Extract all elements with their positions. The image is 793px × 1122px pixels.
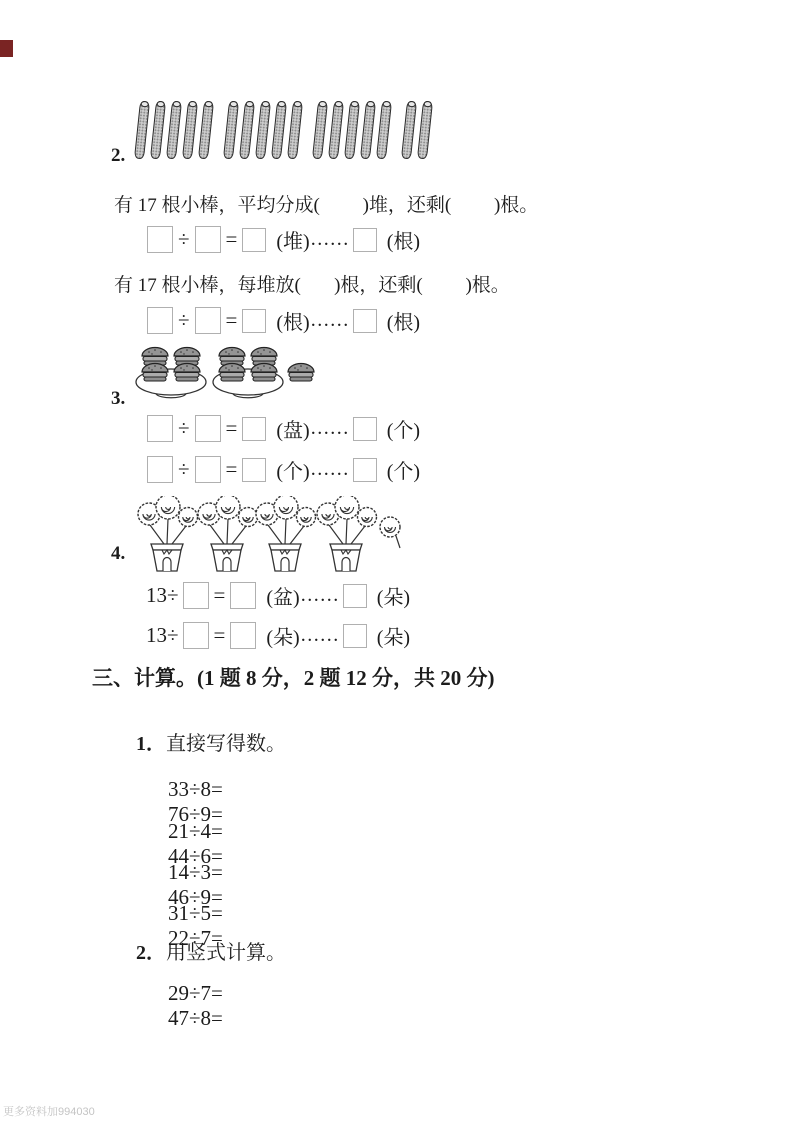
- equals-sign: =: [214, 623, 226, 648]
- equals-sign: =: [226, 457, 238, 482]
- answer-box: [353, 228, 377, 252]
- stick-icon: [360, 101, 376, 160]
- unit-label: (堆): [276, 225, 309, 254]
- answer-box: [353, 458, 377, 482]
- divide-sign: ÷: [178, 227, 190, 252]
- stick-bundle: [226, 101, 300, 159]
- stick-icon: [312, 101, 328, 160]
- section-3-heading: 三、计算。(1 题 8 分，2 题 12 分，共 20 分): [92, 662, 495, 692]
- stick-icon: [239, 101, 255, 160]
- answer-box: [353, 417, 377, 441]
- unit-label: (朵): [266, 621, 299, 650]
- flower-pot-illustration: [252, 496, 320, 578]
- flower-pot-illustration: [134, 496, 202, 578]
- answer-box: [147, 226, 173, 253]
- stick-icon: [376, 101, 392, 160]
- sticks-illustration: [137, 101, 430, 159]
- divide-sign: ÷: [178, 308, 190, 333]
- q3-equation-2: ÷ = (个) ...... (个): [144, 455, 420, 484]
- watermark-text: 更多资料加994030: [3, 1103, 95, 1119]
- remainder-dots: ......: [301, 584, 340, 607]
- unit-label: (个): [276, 455, 309, 484]
- stick-icon: [182, 101, 198, 160]
- dividend-text: 13÷: [146, 583, 179, 608]
- divide-sign: ÷: [178, 457, 190, 482]
- extra-flower-icon: [377, 515, 405, 556]
- burger-plate-illustration: [134, 344, 208, 407]
- burger-plate-illustration: [211, 344, 285, 407]
- answer-box: [230, 622, 256, 649]
- stick-icon: [417, 101, 433, 160]
- dividend-text: 13÷: [146, 623, 179, 648]
- question-3-label: 3.: [111, 388, 125, 410]
- extra-burger-icon: [286, 361, 316, 388]
- equals-sign: =: [226, 227, 238, 252]
- unit-label: (个): [387, 414, 420, 443]
- stick-icon: [223, 101, 239, 160]
- unit-label: (朵): [377, 621, 410, 650]
- stick-icon: [166, 101, 182, 160]
- answer-box: [147, 456, 173, 483]
- remainder-dots: ......: [311, 309, 350, 332]
- answer-box: [183, 582, 209, 609]
- q4-equation-1: 13÷ = (盆) ...... (朵): [146, 581, 410, 610]
- answer-box: [230, 582, 256, 609]
- q2-equation-2: ÷ = (根) ...... (根): [144, 306, 420, 335]
- question-4-label: 4.: [111, 543, 125, 565]
- stick-icon: [134, 101, 150, 160]
- division-problem: 29÷7=: [168, 981, 366, 1006]
- q2-line-1: 有 17 根小棒，平均分成( )堆，还剩( )根。: [114, 190, 538, 217]
- equals-sign: =: [226, 308, 238, 333]
- stick-icon: [271, 101, 287, 160]
- stick-icon: [150, 101, 166, 160]
- q3-equation-1: ÷ = (盘) ...... (个): [144, 414, 420, 443]
- answer-box: [195, 415, 221, 442]
- answer-box: [183, 622, 209, 649]
- answer-box: [242, 228, 266, 252]
- remainder-dots: ......: [311, 228, 350, 251]
- stick-bundle: [137, 101, 211, 159]
- answer-box: [343, 624, 367, 648]
- divide-sign: ÷: [178, 416, 190, 441]
- unit-label: (朵): [377, 581, 410, 610]
- answer-box: [195, 226, 221, 253]
- stick-icon: [287, 101, 303, 160]
- page-corner-mark: [0, 40, 13, 57]
- answer-box: [195, 456, 221, 483]
- q4-equation-2: 13÷ = (朵) ...... (朵): [146, 621, 410, 650]
- remainder-dots: ......: [301, 624, 340, 647]
- answer-box: [353, 309, 377, 333]
- remainder-dots: ......: [311, 458, 350, 481]
- stick-bundle: [404, 101, 430, 159]
- stick-icon: [401, 101, 417, 160]
- answer-box: [242, 417, 266, 441]
- q2-line-2: 有 17 根小棒，每堆放( )根，还剩( )根。: [114, 270, 510, 297]
- equals-sign: =: [214, 583, 226, 608]
- remainder-dots: ......: [311, 417, 350, 440]
- stick-icon: [344, 101, 360, 160]
- division-problem: 47÷8=: [168, 1006, 223, 1030]
- unit-label: (盘): [276, 414, 309, 443]
- answer-box: [195, 307, 221, 334]
- stick-bundle: [315, 101, 389, 159]
- unit-label: (根): [387, 225, 420, 254]
- question-2-label: 2.: [111, 145, 125, 167]
- answer-box: [147, 307, 173, 334]
- answer-box: [242, 458, 266, 482]
- answer-box: [147, 415, 173, 442]
- unit-label: (根): [387, 306, 420, 335]
- unit-label: (根): [276, 306, 309, 335]
- unit-label: (个): [387, 455, 420, 484]
- answer-box: [242, 309, 266, 333]
- q2-equation-1: ÷ = (堆) ...... (根): [144, 225, 420, 254]
- answer-box: [343, 584, 367, 608]
- stick-icon: [255, 101, 271, 160]
- flower-pot-illustration: [313, 496, 381, 578]
- equals-sign: =: [226, 416, 238, 441]
- worksheet-page: 2. 有 17 根小棒，平均分成( )堆，还剩( )根。 ÷ = (堆) ...…: [0, 0, 793, 1122]
- stick-icon: [328, 101, 344, 160]
- vertical-calc-row: 29÷7= 47÷8=: [147, 956, 366, 1056]
- unit-label: (盆): [266, 581, 299, 610]
- stick-icon: [198, 101, 214, 160]
